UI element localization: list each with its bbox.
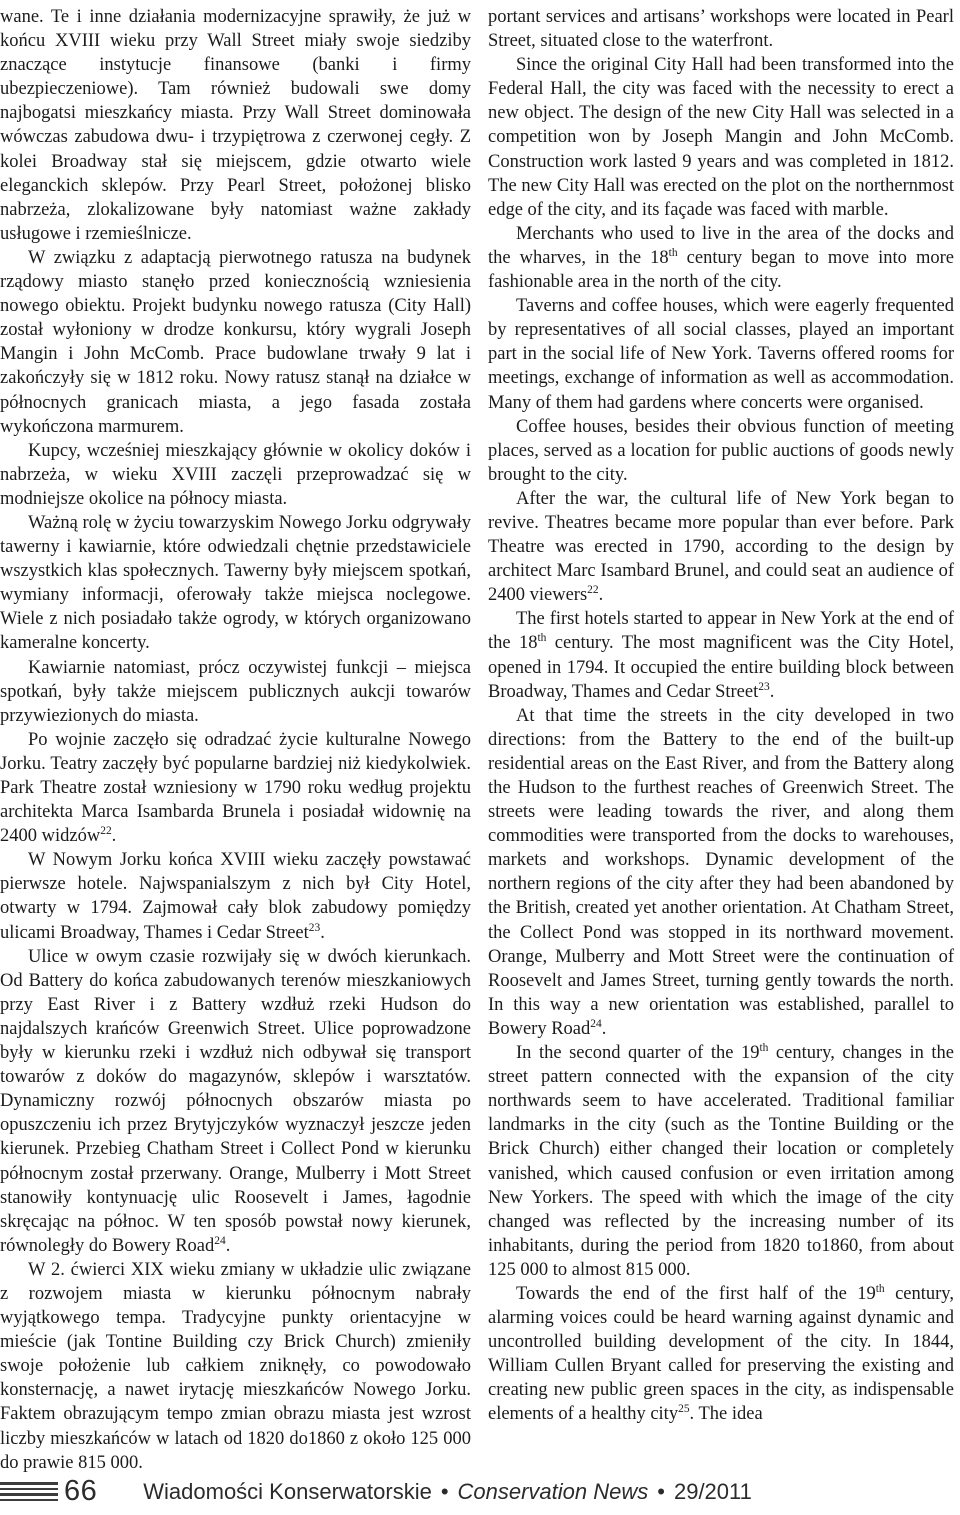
journal-title-english: Conservation News (458, 1479, 649, 1505)
paragraph: Ulice w owym czasie rozwijały się w dwóc… (0, 945, 471, 1258)
paragraph: Merchants who used to live in the area o… (488, 222, 954, 294)
journal-page: wane. Te i inne działania modernizacyjne… (0, 0, 960, 1515)
paragraph: The first hotels started to appear in Ne… (488, 607, 954, 703)
issue-number: 29/2011 (674, 1479, 752, 1505)
paragraph: Kawiarnie natomiast, prócz oczywistej fu… (0, 656, 471, 728)
footer-rules-icon (0, 1482, 58, 1501)
paragraph: W 2. ćwierci XIX wieku zmiany w układzie… (0, 1258, 471, 1475)
separator-dot: • (657, 1479, 665, 1505)
right-column-english-text: portant services and artisans’ workshops… (488, 5, 954, 1475)
paragraph: After the war, the cultural life of New … (488, 487, 954, 607)
page-number: 66 (64, 1475, 97, 1508)
paragraph: Po wojnie zaczęło się odradzać życie kul… (0, 728, 471, 848)
paragraph: Kupcy, wcześniej mieszkający głównie w o… (0, 439, 471, 511)
separator-dot: • (441, 1479, 449, 1505)
paragraph: At that time the streets in the city dev… (488, 704, 954, 1041)
paragraph: Coffee houses, besides their obvious fun… (488, 415, 954, 487)
paragraph: Since the original City Hall had been tr… (488, 53, 954, 222)
paragraph: portant services and artisans’ workshops… (488, 5, 954, 53)
paragraph: Ważną rolę w życiu towarzyskim Nowego Jo… (0, 511, 471, 656)
paragraph: Taverns and coffee houses, which were ea… (488, 294, 954, 414)
journal-title-polish: Wiadomości Konserwatorskie (143, 1479, 432, 1505)
paragraph: wane. Te i inne działania modernizacyjne… (0, 5, 471, 246)
paragraph: In the second quarter of the 19th centur… (488, 1041, 954, 1282)
paragraph: W związku z adaptacją pierwotnego ratusz… (0, 246, 471, 439)
text-columns: wane. Te i inne działania modernizacyjne… (0, 0, 960, 1475)
page-footer: 66 Wiadomości Konserwatorskie • Conserva… (0, 1475, 960, 1508)
left-column-polish-text: wane. Te i inne działania modernizacyjne… (0, 5, 471, 1475)
paragraph: W Nowym Jorku końca XVIII wieku zaczęły … (0, 848, 471, 944)
journal-title-line: Wiadomości Konserwatorskie • Conservatio… (143, 1479, 752, 1505)
paragraph: Towards the end of the first half of the… (488, 1282, 954, 1427)
